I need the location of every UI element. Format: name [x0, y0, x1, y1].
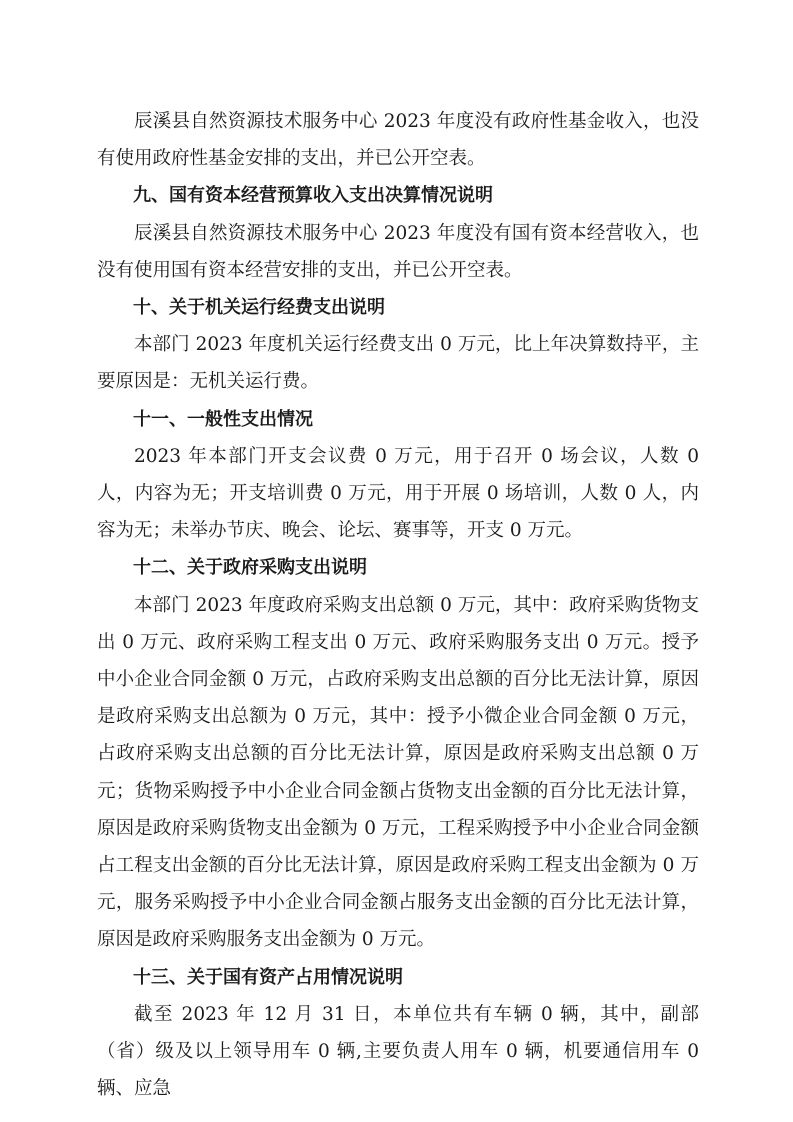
heading-section-10: 十、关于机关运行经费支出说明	[97, 289, 699, 326]
heading-section-13: 十三、关于国有资产占用情况说明	[97, 959, 699, 996]
paragraph-procurement: 本部门 2023 年度政府采购支出总额 0 万元，其中：政府采购货物支出 0 万…	[97, 587, 699, 959]
paragraph-operating-expense: 本部门 2023 年度机关运行经费支出 0 万元，比上年决算数持平，主要原因是：…	[97, 326, 699, 400]
heading-section-9: 九、国有资本经营预算收入支出决算情况说明	[97, 177, 699, 214]
document-page: 辰溪县自然资源技术服务中心 2023 年度没有政府性基金收入，也没有使用政府性基…	[97, 103, 699, 1107]
paragraph-state-assets: 截至 2023 年 12 月 31 日，本单位共有车辆 0 辆，其中，副部（省）…	[97, 996, 699, 1108]
heading-section-12: 十二、关于政府采购支出说明	[97, 549, 699, 586]
heading-section-11: 十一、一般性支出情况	[97, 401, 699, 438]
paragraph-gov-fund: 辰溪县自然资源技术服务中心 2023 年度没有政府性基金收入，也没有使用政府性基…	[97, 103, 699, 177]
paragraph-general-expense: 2023 年本部门开支会议费 0 万元，用于召开 0 场会议，人数 0 人，内容…	[97, 438, 699, 550]
paragraph-state-capital: 辰溪县自然资源技术服务中心 2023 年度没有国有资本经营收入，也没有使用国有资…	[97, 215, 699, 289]
